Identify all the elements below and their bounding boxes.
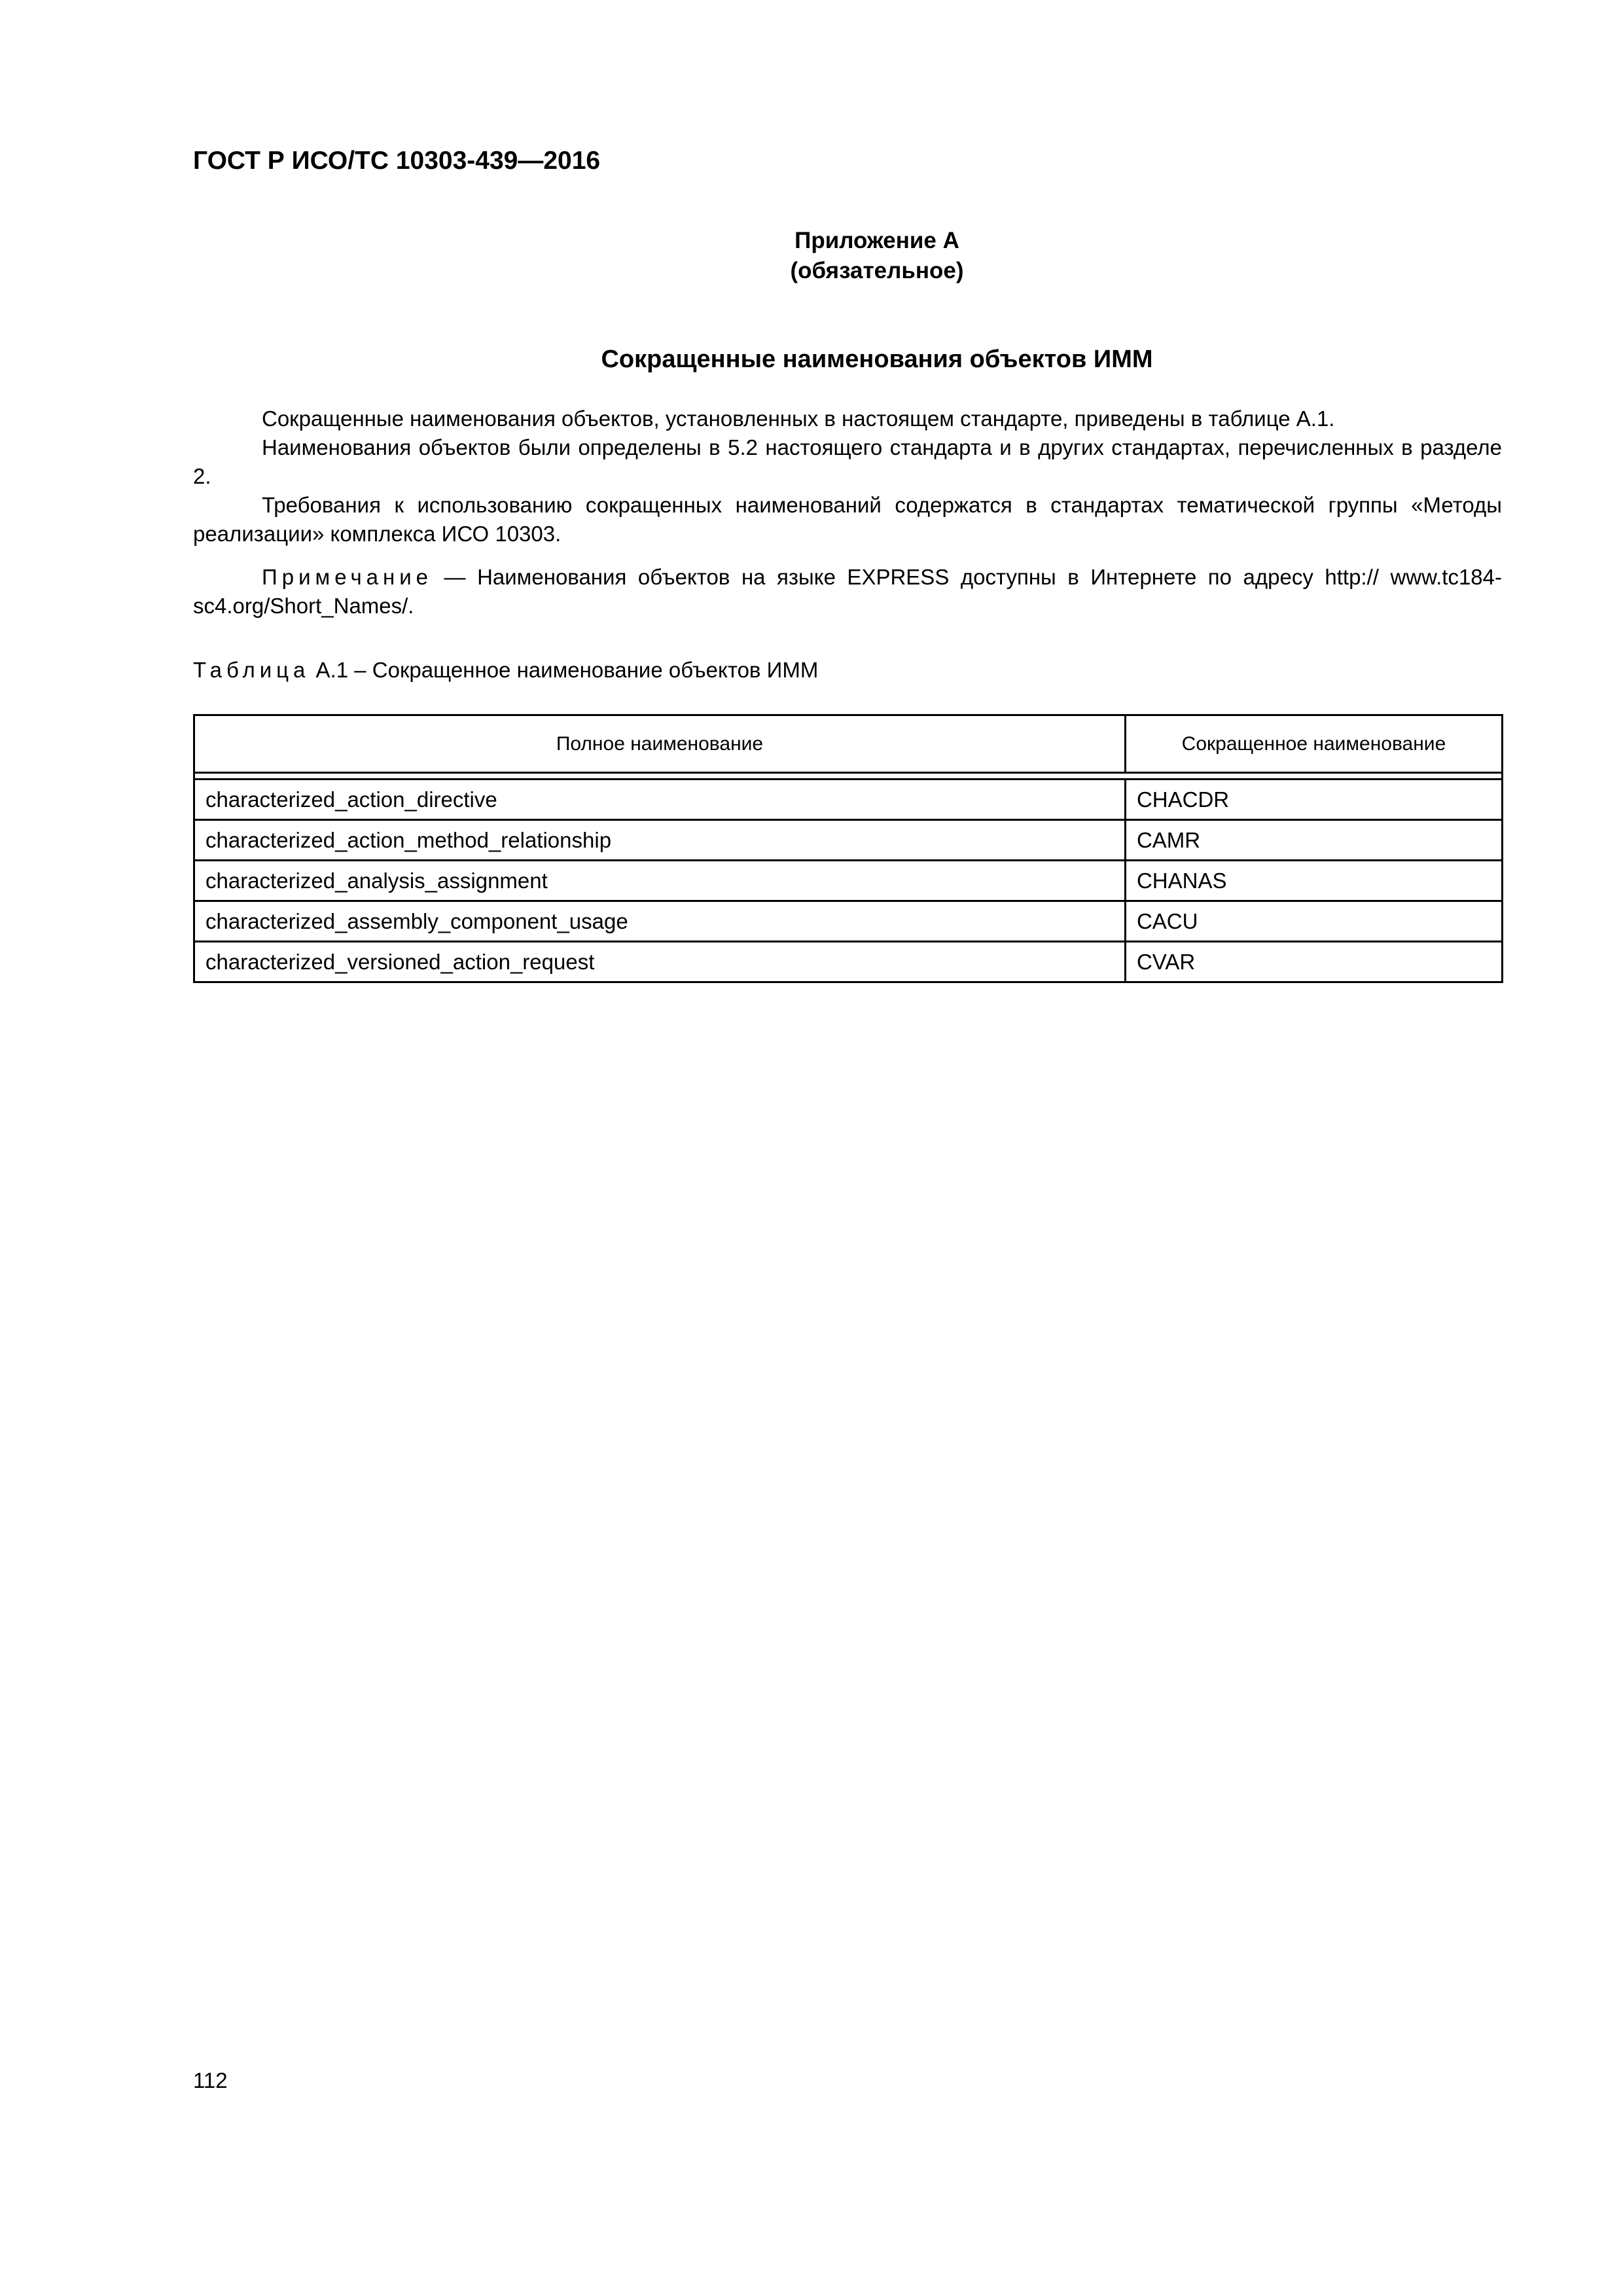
page-number: 112: [193, 2068, 228, 2093]
note: Примечание — Наименования объектов на яз…: [193, 563, 1502, 620]
short-name-cell: CVAR: [1125, 942, 1502, 982]
document-code: ГОСТ Р ИСО/ТС 10303-439—2016: [193, 147, 600, 175]
column-header-full-name: Полное наименование: [194, 715, 1126, 773]
full-name-cell: characterized_action_directive: [194, 780, 1126, 820]
table-caption-label: Таблица: [193, 658, 310, 682]
short-names-table: Полное наименование Сокращенное наименов…: [193, 714, 1503, 983]
appendix-status: (обязательное): [131, 256, 1623, 286]
full-name-cell: characterized_versioned_action_request: [194, 942, 1126, 982]
note-dash: —: [433, 565, 477, 589]
column-header-short-name: Сокращенное наименование: [1125, 715, 1502, 773]
table-row: characterized_assembly_component_usage C…: [194, 901, 1503, 942]
table-caption-text: А.1 – Сокращенное наименование объектов …: [310, 658, 818, 682]
note-label: Примечание: [262, 565, 433, 589]
table-row: characterized_action_directive CHACDR: [194, 780, 1503, 820]
short-name-cell: CACU: [1125, 901, 1502, 942]
appendix-title: Приложение А: [131, 226, 1623, 256]
table-caption: Таблица А.1 – Сокращенное наименование о…: [193, 658, 818, 683]
full-name-cell: characterized_analysis_assignment: [194, 861, 1126, 901]
paragraph: Наименования объектов были определены в …: [193, 433, 1502, 491]
paragraph: Требования к использованию сокращенных н…: [193, 491, 1502, 548]
table-row: characterized_analysis_assignment CHANAS: [194, 861, 1503, 901]
full-name-cell: characterized_assembly_component_usage: [194, 901, 1126, 942]
section-title: Сокращенные наименования объектов ИММ: [0, 346, 1623, 374]
header-separator: [194, 773, 1503, 780]
table-row: characterized_versioned_action_request C…: [194, 942, 1503, 982]
paragraph: Сокращенные наименования объектов, устан…: [193, 404, 1502, 433]
short-name-cell: CHANAS: [1125, 861, 1502, 901]
full-name-cell: characterized_action_method_relationship: [194, 820, 1126, 861]
appendix-heading: Приложение А (обязательное): [0, 226, 1623, 286]
short-name-cell: CAMR: [1125, 820, 1502, 861]
table-header-row: Полное наименование Сокращенное наименов…: [194, 715, 1503, 773]
body-text: Сокращенные наименования объектов, устан…: [193, 404, 1502, 548]
short-name-cell: CHACDR: [1125, 780, 1502, 820]
table-row: characterized_action_method_relationship…: [194, 820, 1503, 861]
